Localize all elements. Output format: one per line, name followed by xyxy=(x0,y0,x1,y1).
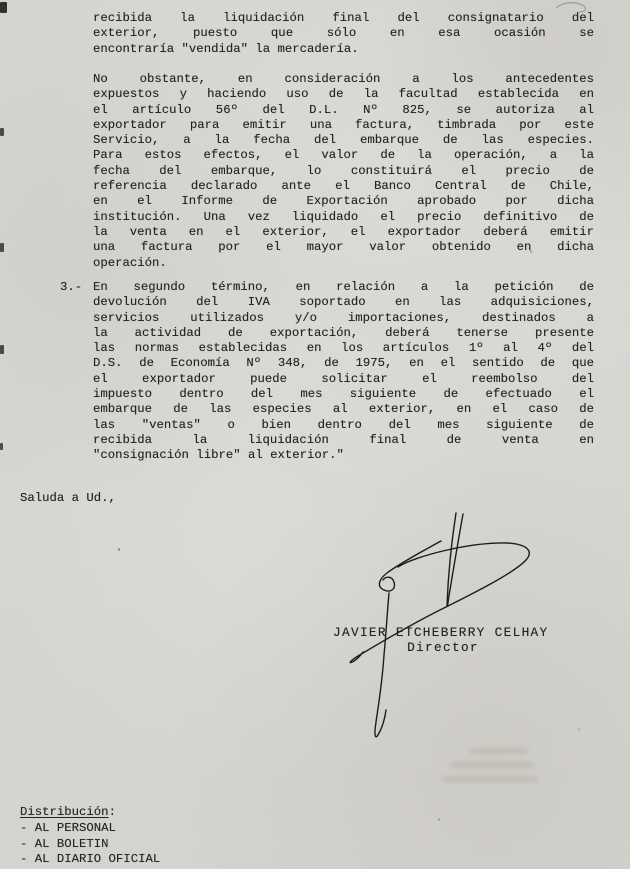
text-line: D.S. de Economía Nº 348, de 1975, en el … xyxy=(93,356,594,371)
list-item-number: 3.- xyxy=(60,280,82,295)
paragraph-item-3-lines: En segundo término, en relación a la pet… xyxy=(93,280,594,464)
text-line: las normas establecidas en los artículos… xyxy=(93,341,594,356)
scan-edge-mark xyxy=(0,2,7,13)
paragraph-item-3: 3.- En segundo término, en relación a la… xyxy=(93,280,594,464)
text-line: Servicio, a la fecha del embarque de las… xyxy=(93,133,594,148)
text-line: servicios utilizados y/o importaciones, … xyxy=(93,311,594,326)
dust-speck xyxy=(118,548,120,551)
text-line: las "ventas" o bien dentro del mes sigui… xyxy=(93,418,594,433)
text-line: la actividad de exportación, deberá tene… xyxy=(93,326,594,341)
text-line: recibida la liquidación final de venta e… xyxy=(93,433,594,448)
text-line: fecha del embarque, lo constituirá el pr… xyxy=(93,164,594,179)
salutation: Saluda a Ud., xyxy=(20,491,116,506)
text-line: exportador para emitir una factura, timb… xyxy=(93,118,594,133)
scan-edge-mark xyxy=(0,128,4,136)
bleed-through-smudge xyxy=(498,392,538,397)
text-line: operación. xyxy=(93,256,594,271)
text-line: el exportador puede solicitar el reembol… xyxy=(93,372,594,387)
distribution-heading-colon: : xyxy=(109,805,116,819)
paragraph-continuation: recibida la liquidación final del consig… xyxy=(93,11,594,57)
distribution-item: - AL DIARIO OFICIAL xyxy=(20,852,160,868)
text-line: En segundo término, en relación a la pet… xyxy=(93,280,594,295)
signer-name: JAVIER ETCHEBERRY CELHAY xyxy=(333,625,553,640)
text-line: devolución del IVA soportado en las adqu… xyxy=(93,295,594,310)
text-line: "consignación libre" al exterior." xyxy=(93,448,594,463)
scan-edge-mark xyxy=(0,345,4,354)
bleed-through-smudge xyxy=(442,776,538,782)
text-line: una factura por el mayor valor obtenido … xyxy=(93,240,594,255)
text-line: la venta en el exterior, el exportador d… xyxy=(93,225,594,240)
distribution-section: Distribución: - AL PERSONAL- AL BOLETIN-… xyxy=(20,805,160,868)
text-line: No obstante, en consideración a los ante… xyxy=(93,72,594,87)
bleed-through-smudge xyxy=(450,762,534,768)
text-line: recibida la liquidación final del consig… xyxy=(93,11,594,26)
text-line: Para estos efectos, el valor de la opera… xyxy=(93,148,594,163)
scan-edge-mark xyxy=(0,443,3,450)
text-line: encontraría "vendida" la mercadería. xyxy=(93,42,594,57)
text-line: el artículo 56º del D.L. Nº 825, se auto… xyxy=(93,103,594,118)
text-line: embarque de las especies al exterior, en… xyxy=(93,402,594,417)
signature-block: JAVIER ETCHEBERRY CELHAY Director xyxy=(333,625,553,655)
text-line: institución. Una vez liquidado el precio… xyxy=(93,210,594,225)
signer-title: Director xyxy=(333,640,553,655)
paragraph-no-obstante: No obstante, en consideración a los ante… xyxy=(93,72,594,271)
distribution-heading: Distribución: xyxy=(20,805,160,821)
text-line: expuestos y haciendo uso de la facultad … xyxy=(93,87,594,102)
distribution-item: - AL BOLETIN xyxy=(20,837,160,853)
text-line: referencia declarado ante el Banco Centr… xyxy=(93,179,594,194)
distribution-list: - AL PERSONAL- AL BOLETIN- AL DIARIO OFI… xyxy=(20,821,160,868)
scan-edge-mark xyxy=(0,243,4,252)
bleed-through-smudge xyxy=(470,748,528,754)
distribution-item: - AL PERSONAL xyxy=(20,821,160,837)
text-line: exterior, puesto que sólo en esa ocasión… xyxy=(93,26,594,41)
letter-page: recibida la liquidación final del consig… xyxy=(0,0,630,869)
distribution-heading-text: Distribución xyxy=(20,805,109,819)
text-line: en el Informe de Exportación aprobado po… xyxy=(93,194,594,209)
